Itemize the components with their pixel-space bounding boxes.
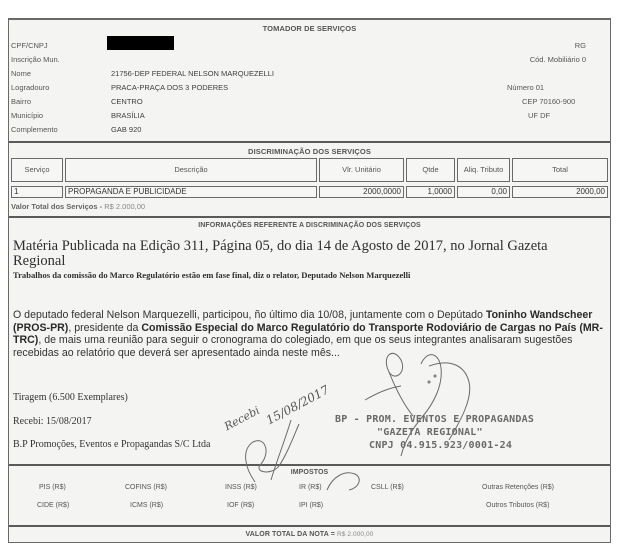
tax-pis: PIS (R$) bbox=[39, 484, 66, 491]
tax-iof: IOF (R$) bbox=[227, 502, 254, 509]
tiragem: Tiragem (6.500 Exemplares) bbox=[13, 392, 128, 403]
cpf-redacted-value bbox=[107, 36, 174, 50]
valor-total-nota: VALOR TOTAL DA NOTA = R$ 2.000,00 bbox=[9, 531, 610, 538]
stamp-line-2: "GAZETA REGIONAL" bbox=[377, 427, 483, 438]
article-body: O deputado federal Nelson Marquezelli, p… bbox=[13, 309, 609, 359]
municipio-value: BRASÍLIA bbox=[111, 111, 145, 120]
recebi-date: Recebi: 15/08/2017 bbox=[13, 416, 92, 427]
tax-inss: INSS (R$) bbox=[225, 484, 257, 491]
tax-cofins: COFINS (R$) bbox=[125, 484, 167, 491]
municipio-label: Município bbox=[11, 111, 43, 120]
logradouro-label: Logradouro bbox=[11, 83, 49, 92]
tax-outras-retencoes: Outras Retenções (R$) bbox=[482, 484, 554, 491]
subhead: Trabalhos da comissão do Marco Regulatór… bbox=[13, 270, 410, 280]
rg-label: RG bbox=[575, 41, 586, 50]
body-text: , presidente da bbox=[68, 322, 141, 334]
bairro-value: CENTRO bbox=[111, 97, 143, 106]
body-text: , de mais uma reunião para seguir o cron… bbox=[13, 334, 572, 359]
cell-total: 2000,00 bbox=[512, 186, 608, 198]
numero-value: Número 01 bbox=[507, 83, 544, 92]
discriminacao-section-title: DISCRIMINAÇÃO DOS SERVIÇOS bbox=[9, 147, 610, 156]
nome-label: Nome bbox=[11, 69, 31, 78]
cell-qtde: 1,0000 bbox=[406, 186, 455, 198]
valor-nota-label: VALOR TOTAL DA NOTA = bbox=[246, 531, 337, 538]
col-header-aliq-tributo: Aliq. Tributo bbox=[457, 158, 510, 182]
cell-descricao: PROPAGANDA E PUBLICIDADE bbox=[65, 186, 317, 198]
tax-csll: CSLL (R$) bbox=[371, 484, 404, 491]
divider bbox=[9, 464, 610, 466]
stamp-line-3: CNPJ 04.915.923/0001-24 bbox=[369, 440, 512, 451]
valor-total-servicos: Valor Total dos Serviços - R$ 2.000,00 bbox=[11, 202, 145, 211]
headline: Matéria Publicada na Edição 311, Página … bbox=[13, 239, 603, 269]
cell-vlr-unitario: 2000,0000 bbox=[319, 186, 404, 198]
informacoes-section-title: INFORMAÇÕES REFERENTE A DISCRIMINAÇÃO DO… bbox=[9, 222, 610, 229]
cep-value: CEP 70160-900 bbox=[522, 97, 575, 106]
cell-servico: 1 bbox=[11, 186, 63, 198]
tax-ipi: IPI (R$) bbox=[299, 502, 323, 509]
impostos-section-title: IMPOSTOS bbox=[9, 469, 610, 476]
uf-value: UF DF bbox=[528, 111, 550, 120]
nome-value: 21756-DEP FEDERAL NELSON MARQUEZELLI bbox=[111, 69, 274, 78]
empresa-name: B.P Promoções, Eventos e Propagandas S/C… bbox=[13, 439, 210, 450]
col-header-total: Total bbox=[512, 158, 608, 182]
valor-nota-value: R$ 2.000,00 bbox=[337, 531, 374, 538]
cpf-label: CPF/CNPJ bbox=[11, 41, 48, 50]
col-header-qtde: Qtde bbox=[406, 158, 455, 182]
complemento-label: Complemento bbox=[11, 125, 58, 134]
valor-total-value: R$ 2.000,00 bbox=[104, 202, 145, 211]
tax-cide: CIDE (R$) bbox=[37, 502, 69, 509]
handwritten-date: 15/08/2017 bbox=[264, 383, 332, 428]
col-header-vlr-unitario: Vlr. Unitário bbox=[319, 158, 404, 182]
valor-total-label: Valor Total dos Serviços - bbox=[11, 202, 104, 211]
body-text: O deputado federal Nelson Marquezelli, p… bbox=[13, 309, 486, 321]
divider bbox=[9, 141, 610, 143]
divider bbox=[9, 216, 610, 218]
cod-mobiliario: Cód. Mobiliário 0 bbox=[530, 55, 586, 64]
tax-icms: ICMS (R$) bbox=[130, 502, 163, 509]
tax-outros-tributos: Outros Tributos (R$) bbox=[486, 502, 549, 509]
cell-aliq: 0,00 bbox=[457, 186, 510, 198]
nfse-document: TOMADOR DE SERVIÇOS CPF/CNPJ Inscrição M… bbox=[8, 18, 611, 543]
inscricao-label: Inscrição Mun. bbox=[11, 55, 60, 64]
logradouro-value: PRACA-PRAÇA DOS 3 PODERES bbox=[111, 83, 228, 92]
tax-ir: IR (R$) bbox=[299, 484, 322, 491]
divider bbox=[9, 525, 610, 527]
tomador-section-title: TOMADOR DE SERVIÇOS bbox=[9, 24, 610, 33]
stamp-line-1: BP - PROM. EVENTOS E PROPAGANDAS bbox=[335, 414, 534, 425]
handwritten-recebi: Recebi bbox=[222, 404, 262, 433]
bairro-label: Bairro bbox=[11, 97, 31, 106]
col-header-descricao: Descrição bbox=[65, 158, 317, 182]
complemento-value: GAB 920 bbox=[111, 125, 141, 134]
col-header-servico: Serviço bbox=[11, 158, 63, 182]
